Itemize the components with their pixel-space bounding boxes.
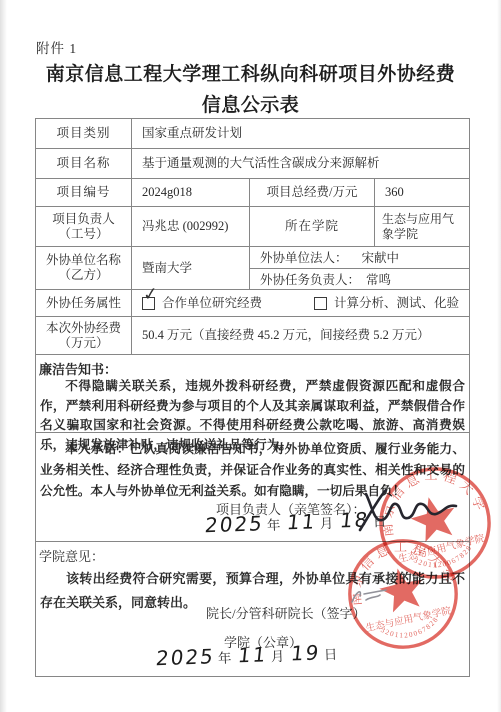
field-value-project-number: 2024g018 — [131, 179, 249, 206]
field-value-total-budget: 360 — [374, 179, 469, 206]
field-label-task-attr: 外协任务属性 — [36, 290, 131, 316]
field-value-project-name: 基于通量观测的大气活性含碳成分来源解析 — [131, 149, 469, 178]
integrity-notice-section: 廉洁告知书： 不得隐瞒关联关系，违规外拨科研经费，严禁虚假资源匹配和虚假合作，严… — [36, 354, 469, 432]
field-label-project-name: 项目名称 — [36, 149, 131, 178]
handwritten-month: 11 — [237, 644, 269, 665]
handwritten-year: 2025 — [155, 646, 216, 668]
year-unit: 年 — [218, 651, 232, 666]
option-label: 计算分析、测试、化验 — [334, 296, 459, 311]
field-value-college: 生态与应用气象学院 — [374, 207, 469, 246]
table-row: 项目名称 基于通量观测的大气活性含碳成分来源解析 — [36, 148, 469, 178]
year-unit: 年 — [267, 518, 281, 533]
field-value-task-leader: 常鸣 — [366, 270, 391, 288]
table-row: 本次外协经费 （万元） 50.4 万元（直接经费 45.2 万元，间接经费 5.… — [36, 316, 469, 354]
field-label-category: 项目类别 — [36, 119, 131, 148]
month-unit: 月 — [320, 516, 334, 531]
integrity-heading: 廉洁告知书： — [39, 359, 117, 378]
field-label-total-budget: 项目总经费/万元 — [249, 179, 374, 206]
option-label: 合作单位研究经费 — [162, 296, 262, 311]
table-row: 外协任务属性 合作单位研究经费 计算分析、测试、化验 — [36, 289, 469, 316]
field-label-partner: 外协单位名称 （乙方） — [36, 247, 131, 289]
task-leader-line: 外协任务负责人： 常鸣 — [250, 268, 469, 290]
field-value-amount: 50.4 万元（直接经费 45.2 万元，间接经费 5.2 万元） — [131, 317, 469, 354]
field-label-amount: 本次外协经费 （万元） — [36, 317, 131, 354]
field-value-legal-person: 宋献中 — [362, 248, 400, 266]
scanned-form-page: 附件 1 南京信息工程大学理工科纵向科研项目外协经费 信息公示表 项目类别 国家… — [0, 0, 501, 712]
dean-sign-label: 院长/分管科研院长（签字） — [206, 603, 366, 622]
field-label-legal-person: 外协单位法人： — [260, 248, 348, 266]
field-value-category: 国家重点研发计划 — [131, 119, 469, 148]
partner-detail-cell: 外协单位法人： 宋献中 外协任务负责人： 常鸣 — [249, 247, 469, 289]
handwritten-month: 11 — [286, 511, 318, 532]
field-value-partner: 暨南大学 — [131, 247, 249, 289]
form-title-line2: 信息公示表 — [0, 90, 501, 121]
month-unit: 月 — [271, 649, 285, 664]
form-title: 南京信息工程大学理工科纵向科研项目外协经费 信息公示表 — [0, 59, 501, 121]
checkbox-checked-icon — [142, 297, 155, 310]
checkbox-unchecked-icon — [314, 297, 327, 310]
opinion-heading: 学院意见： — [39, 546, 104, 565]
form-title-line1: 南京信息工程大学理工科纵向科研项目外协经费 — [0, 59, 501, 90]
table-row: 项目编号 2024g018 项目总经费/万元 360 — [36, 178, 469, 206]
attachment-label: 附件 1 — [36, 37, 77, 57]
table-row: 项目负责人 （工号） 冯兆忠 (002992) 所在学院 生态与应用气象学院 — [36, 206, 469, 246]
legal-person-line: 外协单位法人： 宋献中 — [250, 247, 469, 268]
table-row: 外协单位名称 （乙方） 暨南大学 外协单位法人： 宋献中 外协任务负责人： 常鸣 — [36, 246, 469, 289]
table-row: 项目类别 国家重点研发计划 — [36, 119, 469, 148]
field-label-project-number: 项目编号 — [36, 179, 131, 206]
field-label-college: 所在学院 — [249, 207, 374, 246]
option-analysis-test: 计算分析、测试、化验 — [314, 296, 459, 311]
field-label-task-leader: 外协任务负责人： — [260, 270, 360, 288]
handwritten-signature-leader — [356, 484, 462, 539]
field-label-leader: 项目负责人 （工号） — [36, 207, 131, 246]
field-value-task-attr: 合作单位研究经费 计算分析、测试、化验 — [131, 290, 469, 316]
handwritten-signature-dean — [346, 580, 402, 613]
handwritten-year: 2025 — [204, 513, 265, 535]
field-value-leader: 冯兆忠 (002992) — [131, 207, 249, 246]
option-cooperation-funds: 合作单位研究经费 — [142, 296, 262, 311]
day-unit: 日 — [324, 647, 338, 662]
handwritten-day: 19 — [290, 642, 322, 663]
